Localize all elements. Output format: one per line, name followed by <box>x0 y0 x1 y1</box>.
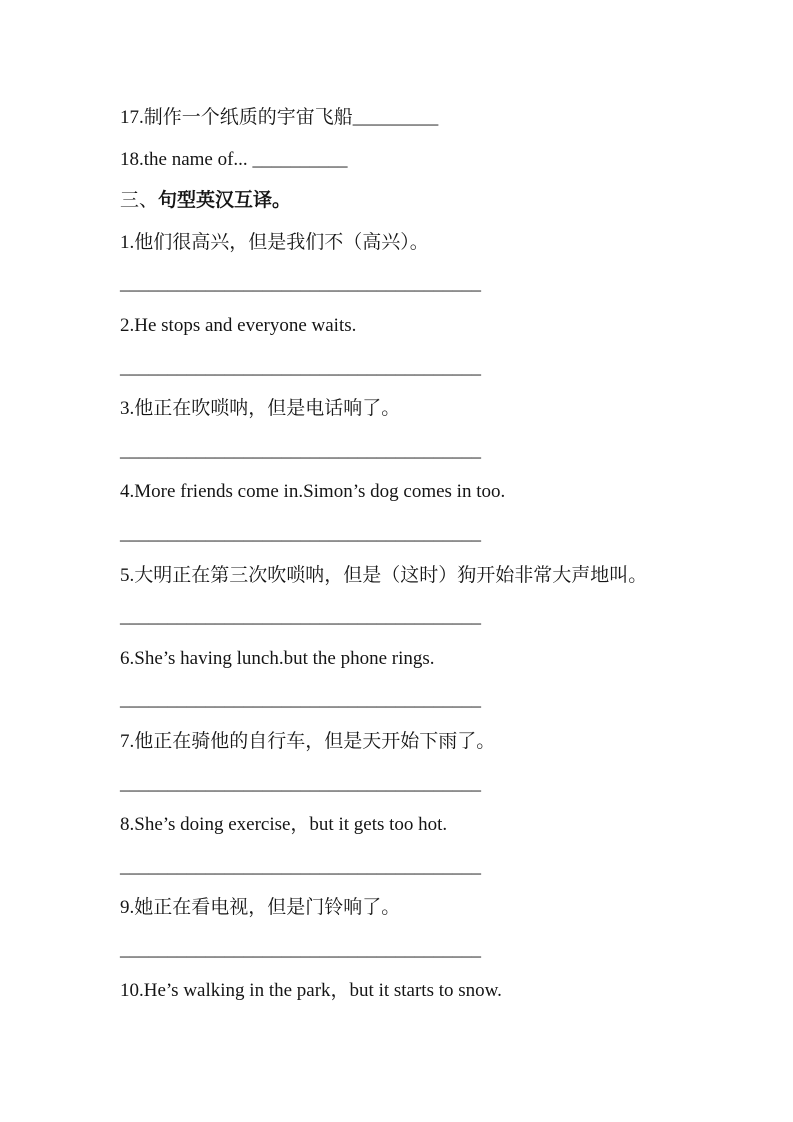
vocab-item-blank: __________ <box>252 149 347 170</box>
vocab-item-blank: _________ <box>353 107 439 128</box>
answer-line: ______________________________________ <box>120 263 713 305</box>
question-text: 3.他正在吹唢呐，但是电话响了。 <box>120 388 713 430</box>
answer-line: ______________________________________ <box>120 929 713 971</box>
question-list: 1.他们很高兴，但是我们不（高兴）。______________________… <box>120 222 713 1012</box>
question-text: 9.她正在看电视，但是门铃响了。 <box>120 887 713 929</box>
vocab-item: 17.制作一个纸质的宇宙飞船_________ <box>120 97 713 139</box>
vocab-item-label: 18.the name of... <box>120 149 252 170</box>
answer-line: ______________________________________ <box>120 679 713 721</box>
answer-line: ______________________________________ <box>120 596 713 638</box>
vocab-list: 17.制作一个纸质的宇宙飞船_________18.the name of...… <box>120 97 713 180</box>
answer-line: ______________________________________ <box>120 430 713 472</box>
question-text: 7.他正在骑他的自行车，但是天开始下雨了。 <box>120 721 713 763</box>
worksheet-page: 17.制作一个纸质的宇宙飞船_________18.the name of...… <box>0 0 793 1122</box>
answer-line: ______________________________________ <box>120 347 713 389</box>
question-text: 8.She’s doing exercise，but it gets too h… <box>120 804 713 846</box>
question-text: 4.More friends come in.Simon’s dog comes… <box>120 471 713 513</box>
vocab-item-label: 17.制作一个纸质的宇宙飞船 <box>120 107 353 128</box>
vocab-item: 18.the name of... __________ <box>120 139 713 181</box>
question-text: 6.She’s having lunch.but the phone rings… <box>120 638 713 680</box>
question-text: 10.He’s walking in the park，but it start… <box>120 970 713 1012</box>
question-text: 2.He stops and everyone waits. <box>120 305 713 347</box>
answer-line: ______________________________________ <box>120 513 713 555</box>
section-heading: 三、句型英汉互译。 <box>120 180 713 222</box>
answer-line: ______________________________________ <box>120 846 713 888</box>
question-text: 1.他们很高兴，但是我们不（高兴）。 <box>120 222 713 264</box>
answer-line: ______________________________________ <box>120 763 713 805</box>
section-heading-title: 句型英汉互译。 <box>158 190 291 211</box>
question-text: 5.大明正在第三次吹唢呐，但是（这时）狗开始非常大声地叫。 <box>120 555 713 597</box>
section-heading-prefix: 三、 <box>120 190 158 211</box>
